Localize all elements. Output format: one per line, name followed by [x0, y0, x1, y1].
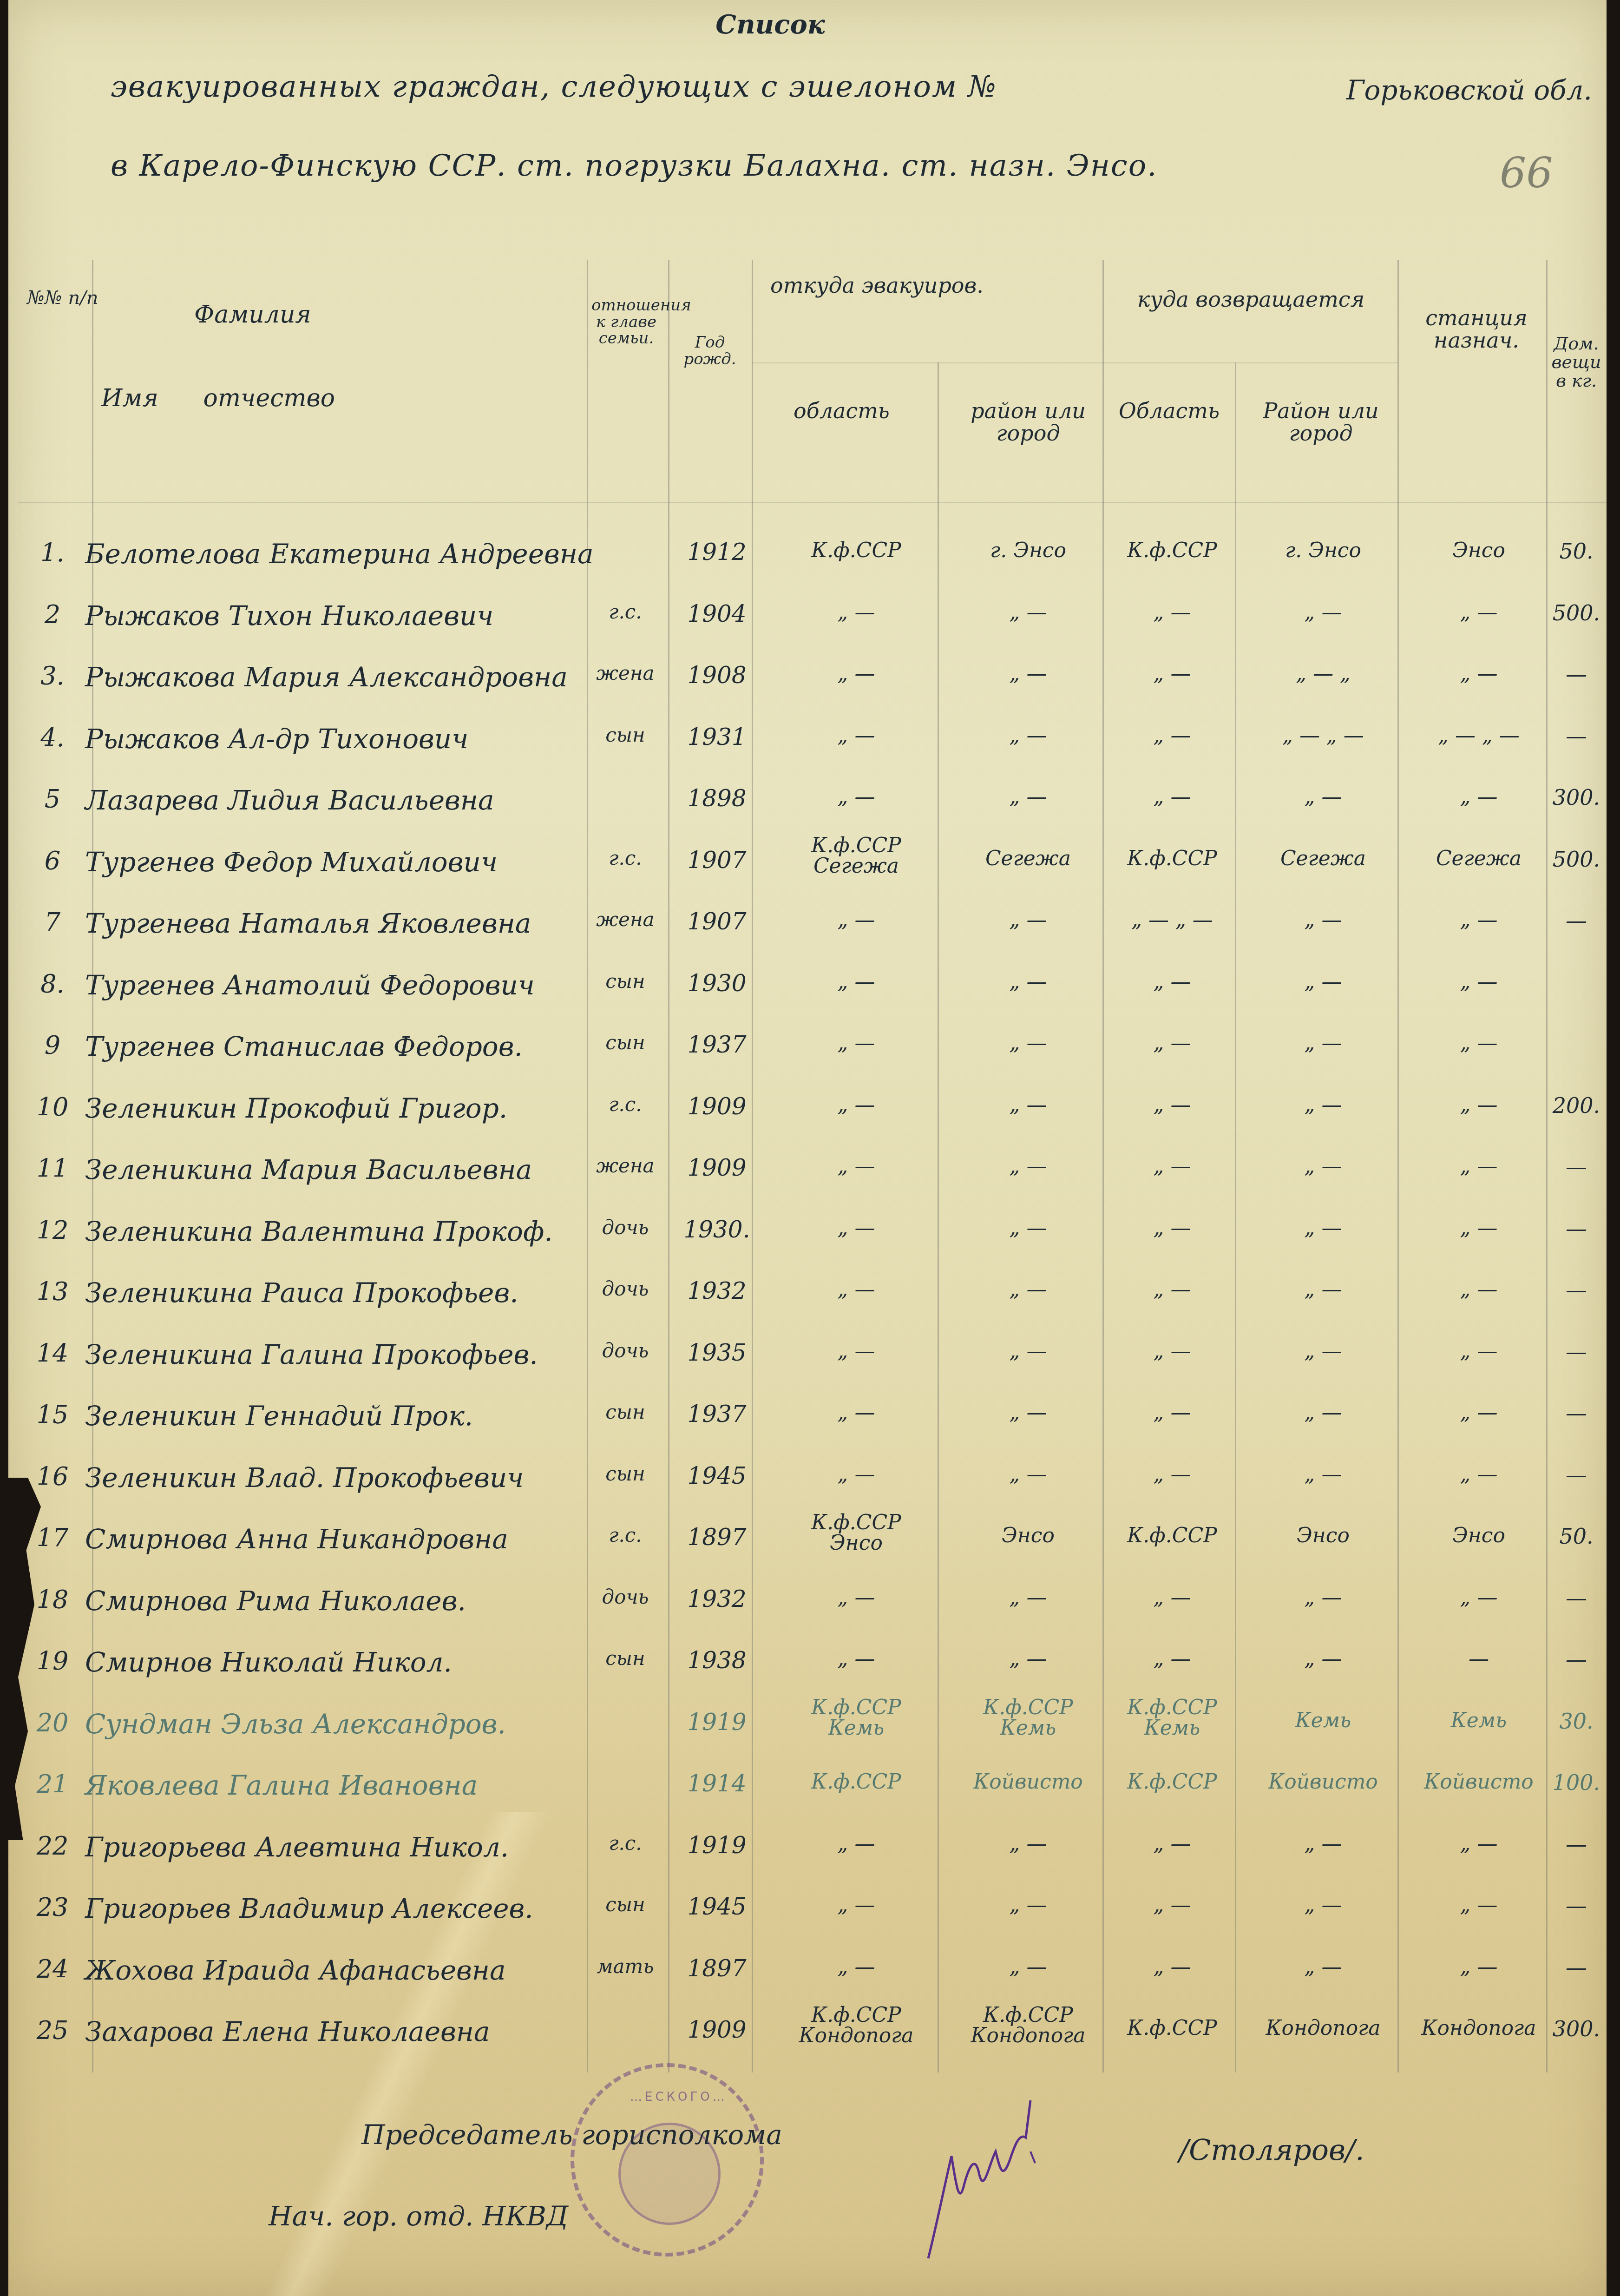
birth-year: 1930. — [677, 1218, 756, 1241]
person-name: Зеленикина Валентина Прокоф. — [85, 1218, 553, 1245]
belongings-kg: — — [1551, 725, 1602, 747]
birth-year: 1909 — [677, 1156, 756, 1179]
birth-year: 1909 — [677, 1095, 756, 1118]
destination-station: — — [1407, 1649, 1551, 1669]
person-name: Тургенев Анатолий Федорович — [85, 972, 535, 999]
from-region: „ — — [761, 1279, 951, 1300]
from-region: „ — — [761, 602, 951, 623]
document-title: Список — [0, 9, 1569, 40]
from-region: „ — — [761, 1033, 951, 1053]
row-number: 5 — [27, 787, 78, 812]
person-name: Смирнова Анна Никандровна — [85, 1526, 508, 1553]
table-row: 22Григорьева Алевтина Никол.г.с.1919„ —„… — [8, 1825, 1607, 1887]
header-belongings: Дом. вещи в кг. — [1551, 335, 1602, 390]
to-region: К.ф.ССР — [1105, 1772, 1240, 1792]
to-district: „ — — [1240, 910, 1407, 930]
destination-station: „ — — [1407, 602, 1551, 623]
table-row: 14Зеленикина Галина Прокофьев.дочь1935„ … — [8, 1333, 1607, 1394]
to-district: „ — — [1240, 1156, 1407, 1177]
table-row: 8.Тургенев Анатолий Федоровичсын1930„ —„… — [8, 963, 1607, 1025]
destination-station: „ — — [1407, 1341, 1551, 1362]
row-number: 9 — [27, 1033, 78, 1058]
to-region: „ — — [1105, 972, 1240, 992]
from-district: „ — — [951, 1895, 1105, 1915]
row-number: 22 — [27, 1834, 78, 1859]
to-district: „ — — [1240, 787, 1407, 807]
table-row: 13Зеленикина Раиса Прокофьев.дочь1932„ —… — [8, 1271, 1607, 1332]
birth-year: 1932 — [677, 1587, 756, 1611]
birth-year: 1907 — [677, 849, 756, 872]
from-district: „ — — [951, 787, 1105, 807]
from-region: „ — — [761, 725, 951, 746]
belongings-kg: — — [1551, 1279, 1602, 1301]
header-birth-year: Год рожд. — [673, 335, 747, 368]
belongings-kg: — — [1551, 1464, 1602, 1486]
from-region: „ — — [761, 787, 951, 807]
birth-year: 1904 — [677, 602, 756, 625]
belongings-kg: — — [1551, 910, 1602, 931]
table-row: 20Сундман Эльза Александров.1919К.ф.ССР … — [8, 1702, 1607, 1763]
birth-year: 1937 — [677, 1402, 756, 1426]
to-district: г. Энсо — [1240, 540, 1407, 561]
person-name: Григорьева Алевтина Никол. — [85, 1834, 509, 1861]
from-district: „ — — [951, 1033, 1105, 1053]
to-region: „ — — [1105, 787, 1240, 807]
relation-to-head: дочь — [579, 1587, 672, 1607]
destination-station: Кемь — [1407, 1710, 1551, 1731]
belongings-kg: 50. — [1551, 540, 1602, 562]
person-name: Зеленикина Раиса Прокофьев. — [85, 1279, 518, 1306]
table-row: 5Лазарева Лидия Васильевна1898„ —„ —„ —„… — [8, 778, 1607, 840]
destination-station: „ — — [1407, 1464, 1551, 1485]
destination-station: „ — — [1407, 1834, 1551, 1854]
birth-year: 1930 — [677, 972, 756, 995]
grid-line — [18, 502, 1607, 503]
document-sheet: Список эвакуированных граждан, следующих… — [8, 0, 1607, 2296]
table-row: 18Смирнова Рима Николаев.дочь1932„ —„ —„… — [8, 1579, 1607, 1640]
person-name: Тургенева Наталья Яковлевна — [85, 910, 531, 937]
from-region: „ — — [761, 1095, 951, 1115]
from-region: К.ф.ССР Кемь — [761, 1697, 951, 1738]
row-number: 2 — [27, 602, 78, 627]
from-region: К.ф.ССР Сегежа — [761, 836, 951, 876]
table-row: 11Зеленикина Мария Васильевнажена1909„ —… — [8, 1148, 1607, 1209]
belongings-kg: 30. — [1551, 1710, 1602, 1732]
belongings-kg: — — [1551, 1649, 1602, 1670]
to-district: Кемь — [1240, 1710, 1407, 1731]
header-evacuated-from: откуда эвакуиров. — [770, 274, 984, 296]
destination-station: Энсо — [1407, 540, 1551, 561]
from-district: Койвисто — [951, 1772, 1105, 1792]
to-district: Сегежа — [1240, 849, 1407, 869]
document-subtitle-region: Горьковской обл. — [1346, 74, 1592, 106]
relation-to-head: жена — [579, 910, 672, 929]
from-region: „ — — [761, 1587, 951, 1608]
belongings-kg: — — [1551, 1587, 1602, 1609]
destination-station: „ — — [1407, 1033, 1551, 1053]
nkvd-label: Нач. гор. отд. НКВД — [269, 2200, 568, 2232]
table-row: 10Зеленикин Прокофий Григор.г.с.1909„ —„… — [8, 1086, 1607, 1148]
to-district: Койвисто — [1240, 1772, 1407, 1792]
header-returning-to: куда возвращается — [1137, 288, 1370, 310]
relation-to-head: сын — [579, 972, 672, 991]
from-district: Энсо — [951, 1526, 1105, 1546]
birth-year: 1931 — [677, 725, 756, 749]
to-region: „ — — [1105, 1587, 1240, 1608]
relation-to-head: дочь — [579, 1279, 672, 1299]
destination-station: Койвисто — [1407, 1772, 1551, 1792]
table-row: 25Захарова Елена Николаевна1909К.ф.ССР К… — [8, 2010, 1607, 2071]
belongings-kg: — — [1551, 664, 1602, 685]
from-district: г. Энсо — [951, 540, 1105, 561]
from-region: „ — — [761, 1402, 951, 1423]
relation-to-head: г.с. — [579, 1095, 672, 1114]
from-region: „ — — [761, 1156, 951, 1177]
birth-year: 1907 — [677, 910, 756, 933]
to-district: „ — — [1240, 1649, 1407, 1669]
person-name: Тургенев Станислав Федоров. — [85, 1033, 523, 1060]
destination-station: „ — — [1407, 1156, 1551, 1177]
row-number: 10 — [27, 1095, 78, 1120]
birth-year: 1914 — [677, 1772, 756, 1795]
birth-year: 1945 — [677, 1895, 756, 1918]
header-surname: Фамилия — [194, 302, 311, 328]
row-number: 7 — [27, 910, 78, 935]
row-number: 6 — [27, 849, 78, 874]
official-stamp: …ЕСКОГО… — [571, 2063, 764, 2257]
row-number: 14 — [27, 1341, 78, 1366]
relation-to-head: мать — [579, 1957, 672, 1976]
to-region: „ — — [1105, 1649, 1240, 1669]
to-district: „ — — [1240, 1341, 1407, 1362]
document-subtitle-line1: эвакуированных граждан, следующих с эшел… — [111, 70, 997, 104]
from-district: К.ф.ССР Кондопога — [951, 2005, 1105, 2046]
to-district: „ — — [1240, 1587, 1407, 1608]
row-number: 1. — [27, 540, 78, 566]
from-district: „ — — [951, 1218, 1105, 1238]
relation-to-head: дочь — [579, 1341, 672, 1361]
from-region: К.ф.ССР Кондопога — [761, 2005, 951, 2046]
relation-to-head: г.с. — [579, 602, 672, 622]
birth-year: 1897 — [677, 1526, 756, 1549]
to-region: „ — — [1105, 1341, 1240, 1362]
person-name: Захарова Елена Николаевна — [85, 2018, 490, 2045]
from-district: „ — — [951, 1341, 1105, 1362]
to-district: „ — — [1240, 1957, 1407, 1977]
destination-station: „ — — [1407, 1402, 1551, 1423]
to-region: К.ф.ССР Кемь — [1105, 1697, 1240, 1738]
destination-station: Энсо — [1407, 1526, 1551, 1546]
relation-to-head: сын — [579, 725, 672, 745]
stamp-text: …ЕСКОГО… — [630, 2090, 728, 2104]
from-district: „ — — [951, 1464, 1105, 1485]
belongings-kg: — — [1551, 1834, 1602, 1855]
to-district: Энсо — [1240, 1526, 1407, 1546]
destination-station: „ — — [1407, 1095, 1551, 1115]
to-region: „ — — [1105, 1834, 1240, 1854]
to-region: „ — — [1105, 725, 1240, 746]
to-region: „ — — [1105, 1218, 1240, 1238]
from-district: „ — — [951, 664, 1105, 684]
birth-year: 1908 — [677, 664, 756, 687]
destination-station: „ — — [1407, 1587, 1551, 1608]
relation-to-head: г.с. — [579, 849, 672, 868]
table-row: 1.Белотелова Екатерина Андреевна1912К.ф.… — [8, 532, 1607, 593]
from-district: „ — — [951, 1279, 1105, 1300]
birth-year: 1937 — [677, 1033, 756, 1056]
birth-year: 1919 — [677, 1710, 756, 1734]
row-number: 4. — [27, 725, 78, 750]
row-number: 19 — [27, 1649, 78, 1674]
relation-to-head: жена — [579, 664, 672, 683]
table-row: 24Жохова Ираида Афанасьевнамать1897„ —„ … — [8, 1948, 1607, 2010]
person-name: Смирнова Рима Николаев. — [85, 1587, 466, 1614]
row-number: 3. — [27, 664, 78, 689]
from-region: „ — — [761, 1834, 951, 1854]
table-row: 9Тургенев Станислав Федоров.сын1937„ —„ … — [8, 1025, 1607, 1086]
belongings-kg: — — [1551, 1156, 1602, 1178]
to-district: „ — — [1240, 602, 1407, 623]
table-row: 16Зеленикин Влад. Прокофьевичсын1945„ —„… — [8, 1456, 1607, 1517]
from-region: „ — — [761, 1341, 951, 1362]
belongings-kg: 100. — [1551, 1772, 1602, 1793]
person-name: Григорьев Владимир Алексеев. — [85, 1895, 533, 1922]
destination-station: „ — — [1407, 664, 1551, 684]
document-subtitle-line2: в Карело-Финскую ССР. ст. погрузки Балах… — [111, 149, 1158, 183]
header-to-region: Область — [1119, 400, 1220, 422]
relation-to-head: сын — [579, 1464, 672, 1484]
row-number: 8. — [27, 972, 78, 997]
birth-year: 1938 — [677, 1649, 756, 1672]
from-region: „ — — [761, 972, 951, 992]
table-row: 7Тургенева Наталья Яковлевнажена1907„ —„… — [8, 901, 1607, 963]
to-region: К.ф.ССР — [1105, 540, 1240, 561]
row-number: 15 — [27, 1402, 78, 1428]
to-district: „ — „ — — [1240, 725, 1407, 746]
table-row: 23Григорьев Владимир Алексеев.сын1945„ —… — [8, 1887, 1607, 1948]
to-district: „ — — [1240, 1895, 1407, 1915]
header-relation: отношения к главе семьи. — [591, 297, 661, 347]
header-num: №№ п/п — [27, 288, 83, 308]
relation-to-head: сын — [579, 1033, 672, 1053]
relation-to-head: жена — [579, 1156, 672, 1176]
belongings-kg: 50. — [1551, 1526, 1602, 1547]
person-name: Тургенев Федор Михайлович — [85, 849, 498, 875]
to-district: „ — — [1240, 1402, 1407, 1423]
destination-station: „ — — [1407, 1279, 1551, 1300]
belongings-kg: — — [1551, 1957, 1602, 1978]
person-name: Зеленикин Прокофий Григор. — [85, 1095, 507, 1122]
person-name: Рыжаков Тихон Николаевич — [85, 602, 493, 629]
person-name: Сундман Эльза Александров. — [85, 1710, 506, 1737]
from-district: Сегежа — [951, 849, 1105, 869]
birth-year: 1898 — [677, 787, 756, 810]
to-region: „ — — [1105, 1156, 1240, 1177]
table-row: 15Зеленикин Геннадий Прок.сын1937„ —„ —„… — [8, 1394, 1607, 1455]
to-district: Кондопога — [1240, 2018, 1407, 2039]
row-number: 12 — [27, 1218, 78, 1243]
row-number: 23 — [27, 1895, 78, 1920]
to-region: „ — — [1105, 1464, 1240, 1485]
table-row: 17Смирнова Анна Никандровнаг.с.1897К.ф.С… — [8, 1517, 1607, 1579]
person-name: Белотелова Екатерина Андреевна — [85, 540, 594, 567]
destination-station: Кондопога — [1407, 2018, 1551, 2039]
destination-station: Сегежа — [1407, 849, 1551, 869]
to-region: „ — — [1105, 1279, 1240, 1300]
birth-year: 1935 — [677, 1341, 756, 1364]
to-region: „ — — [1105, 602, 1240, 623]
from-district: „ — — [951, 1649, 1105, 1669]
to-region: „ — — [1105, 1033, 1240, 1053]
birth-year: 1909 — [677, 2018, 756, 2041]
row-number: 18 — [27, 1587, 78, 1612]
table-row: 2Рыжаков Тихон Николаевичг.с.1904„ —„ —„… — [8, 594, 1607, 655]
belongings-kg: 500. — [1551, 849, 1602, 870]
person-name: Зеленикин Влад. Прокофьевич — [85, 1464, 524, 1491]
to-district: „ — „ — [1240, 664, 1407, 684]
table-row: 12Зеленикина Валентина Прокоф.дочь1930.„… — [8, 1210, 1607, 1271]
relation-to-head: сын — [579, 1895, 672, 1914]
from-district: „ — — [951, 1834, 1105, 1854]
row-number: 21 — [27, 1772, 78, 1797]
relation-to-head: сын — [579, 1402, 672, 1422]
header-destination-station: станция назнач. — [1411, 307, 1541, 352]
belongings-kg: 200. — [1551, 1095, 1602, 1116]
person-name: Смирнов Николай Никол. — [85, 1649, 452, 1676]
belongings-kg: — — [1551, 1402, 1602, 1424]
from-district: „ — — [951, 602, 1105, 623]
destination-station: „ — — [1407, 910, 1551, 930]
chairman-label: Председатель горисполкома — [361, 2119, 782, 2151]
person-name: Яковлева Галина Ивановна — [85, 1772, 478, 1799]
header-from-district: район или город — [961, 400, 1095, 445]
belongings-kg: 300. — [1551, 2018, 1602, 2039]
person-name: Зеленикин Геннадий Прок. — [85, 1402, 473, 1429]
from-district: „ — — [951, 1957, 1105, 1977]
relation-to-head: г.с. — [579, 1834, 672, 1853]
birth-year: 1912 — [677, 540, 756, 564]
to-district: „ — — [1240, 1095, 1407, 1115]
table-row: 6Тургенев Федор Михайловичг.с.1907К.ф.СС… — [8, 840, 1607, 901]
from-region: „ — — [761, 1464, 951, 1485]
from-region: „ — — [761, 1895, 951, 1915]
person-name: Зеленикина Мария Васильевна — [85, 1156, 532, 1183]
to-region: „ — — [1105, 1402, 1240, 1423]
belongings-kg: — — [1551, 1218, 1602, 1239]
to-district: „ — — [1240, 1279, 1407, 1300]
to-region: „ — — [1105, 1095, 1240, 1115]
belongings-kg: 300. — [1551, 787, 1602, 808]
table-row: 3.Рыжакова Мария Александровнажена1908„ … — [8, 655, 1607, 717]
from-region: К.ф.ССР — [761, 1772, 951, 1792]
from-district: „ — — [951, 910, 1105, 930]
from-region: „ — — [761, 1218, 951, 1238]
to-district: „ — — [1240, 1834, 1407, 1854]
from-region: К.ф.ССР — [761, 540, 951, 561]
relation-to-head: г.с. — [579, 1526, 672, 1545]
to-region: „ — — [1105, 1957, 1240, 1977]
birth-year: 1932 — [677, 1279, 756, 1303]
signer-name: /Столяров/. — [1179, 2133, 1364, 2167]
to-district: „ — — [1240, 1218, 1407, 1238]
header-to-district: Район или город — [1253, 400, 1388, 445]
signature — [919, 2082, 1114, 2277]
destination-station: „ — — [1407, 1895, 1551, 1915]
person-name: Жохова Ираида Афанасьевна — [85, 1957, 506, 1984]
to-region: К.ф.ССР — [1105, 1526, 1240, 1546]
from-district: „ — — [951, 1095, 1105, 1115]
archive-page-mark: 66 — [1500, 149, 1553, 197]
person-name: Рыжаков Ал-др Тихонович — [85, 725, 468, 752]
person-name: Зеленикина Галина Прокофьев. — [85, 1341, 538, 1368]
to-region: „ — — [1105, 1895, 1240, 1915]
from-district: „ — — [951, 1402, 1105, 1423]
row-number: 17 — [27, 1526, 78, 1551]
belongings-kg: — — [1551, 1895, 1602, 1916]
from-district: „ — — [951, 972, 1105, 992]
from-district: К.ф.ССР Кемь — [951, 1697, 1105, 1738]
table-row: 19Смирнов Николай Никол.сын1938„ —„ —„ —… — [8, 1640, 1607, 1702]
row-number: 20 — [27, 1710, 78, 1736]
to-region: К.ф.ССР — [1105, 849, 1240, 869]
to-region: „ — — [1105, 664, 1240, 684]
destination-station: „ — — [1407, 787, 1551, 807]
destination-station: „ — — [1407, 1957, 1551, 1977]
row-number: 13 — [27, 1279, 78, 1304]
to-district: „ — — [1240, 972, 1407, 992]
table-row: 4.Рыжаков Ал-др Тихоновичсын1931„ —„ —„ … — [8, 717, 1607, 778]
relation-to-head: сын — [579, 1649, 672, 1668]
row-number: 25 — [27, 2018, 78, 2043]
from-district: „ — — [951, 1587, 1105, 1608]
from-region: „ — — [761, 664, 951, 684]
from-region: „ — — [761, 1957, 951, 1977]
table-row: 21Яковлева Галина Ивановна1914К.ф.ССРКой… — [8, 1763, 1607, 1825]
row-number: 16 — [27, 1464, 78, 1489]
from-region: К.ф.ССР Энсо — [761, 1513, 951, 1553]
header-name-patronymic: Имя отчество — [101, 386, 335, 411]
to-region: „ — „ — — [1105, 910, 1240, 930]
to-district: „ — — [1240, 1464, 1407, 1485]
row-number: 11 — [27, 1156, 78, 1181]
birth-year: 1919 — [677, 1834, 756, 1857]
from-region: „ — — [761, 910, 951, 930]
grid-line — [752, 362, 1397, 363]
birth-year: 1897 — [677, 1957, 756, 1980]
birth-year: 1945 — [677, 1464, 756, 1487]
relation-to-head: дочь — [579, 1218, 672, 1237]
to-region: К.ф.ССР — [1105, 2018, 1240, 2039]
belongings-kg: — — [1551, 1341, 1602, 1362]
from-district: „ — — [951, 1156, 1105, 1177]
to-district: „ — — [1240, 1033, 1407, 1053]
destination-station: „ — — [1407, 1218, 1551, 1238]
from-district: „ — — [951, 725, 1105, 746]
person-name: Лазарева Лидия Васильевна — [85, 787, 494, 814]
from-region: „ — — [761, 1649, 951, 1669]
destination-station: „ — — [1407, 972, 1551, 992]
row-number: 24 — [27, 1957, 78, 1982]
belongings-kg: 500. — [1551, 602, 1602, 624]
person-name: Рыжакова Мария Александровна — [85, 664, 568, 691]
destination-station: „ — „ — — [1407, 725, 1551, 746]
header-from-region: область — [794, 400, 890, 422]
